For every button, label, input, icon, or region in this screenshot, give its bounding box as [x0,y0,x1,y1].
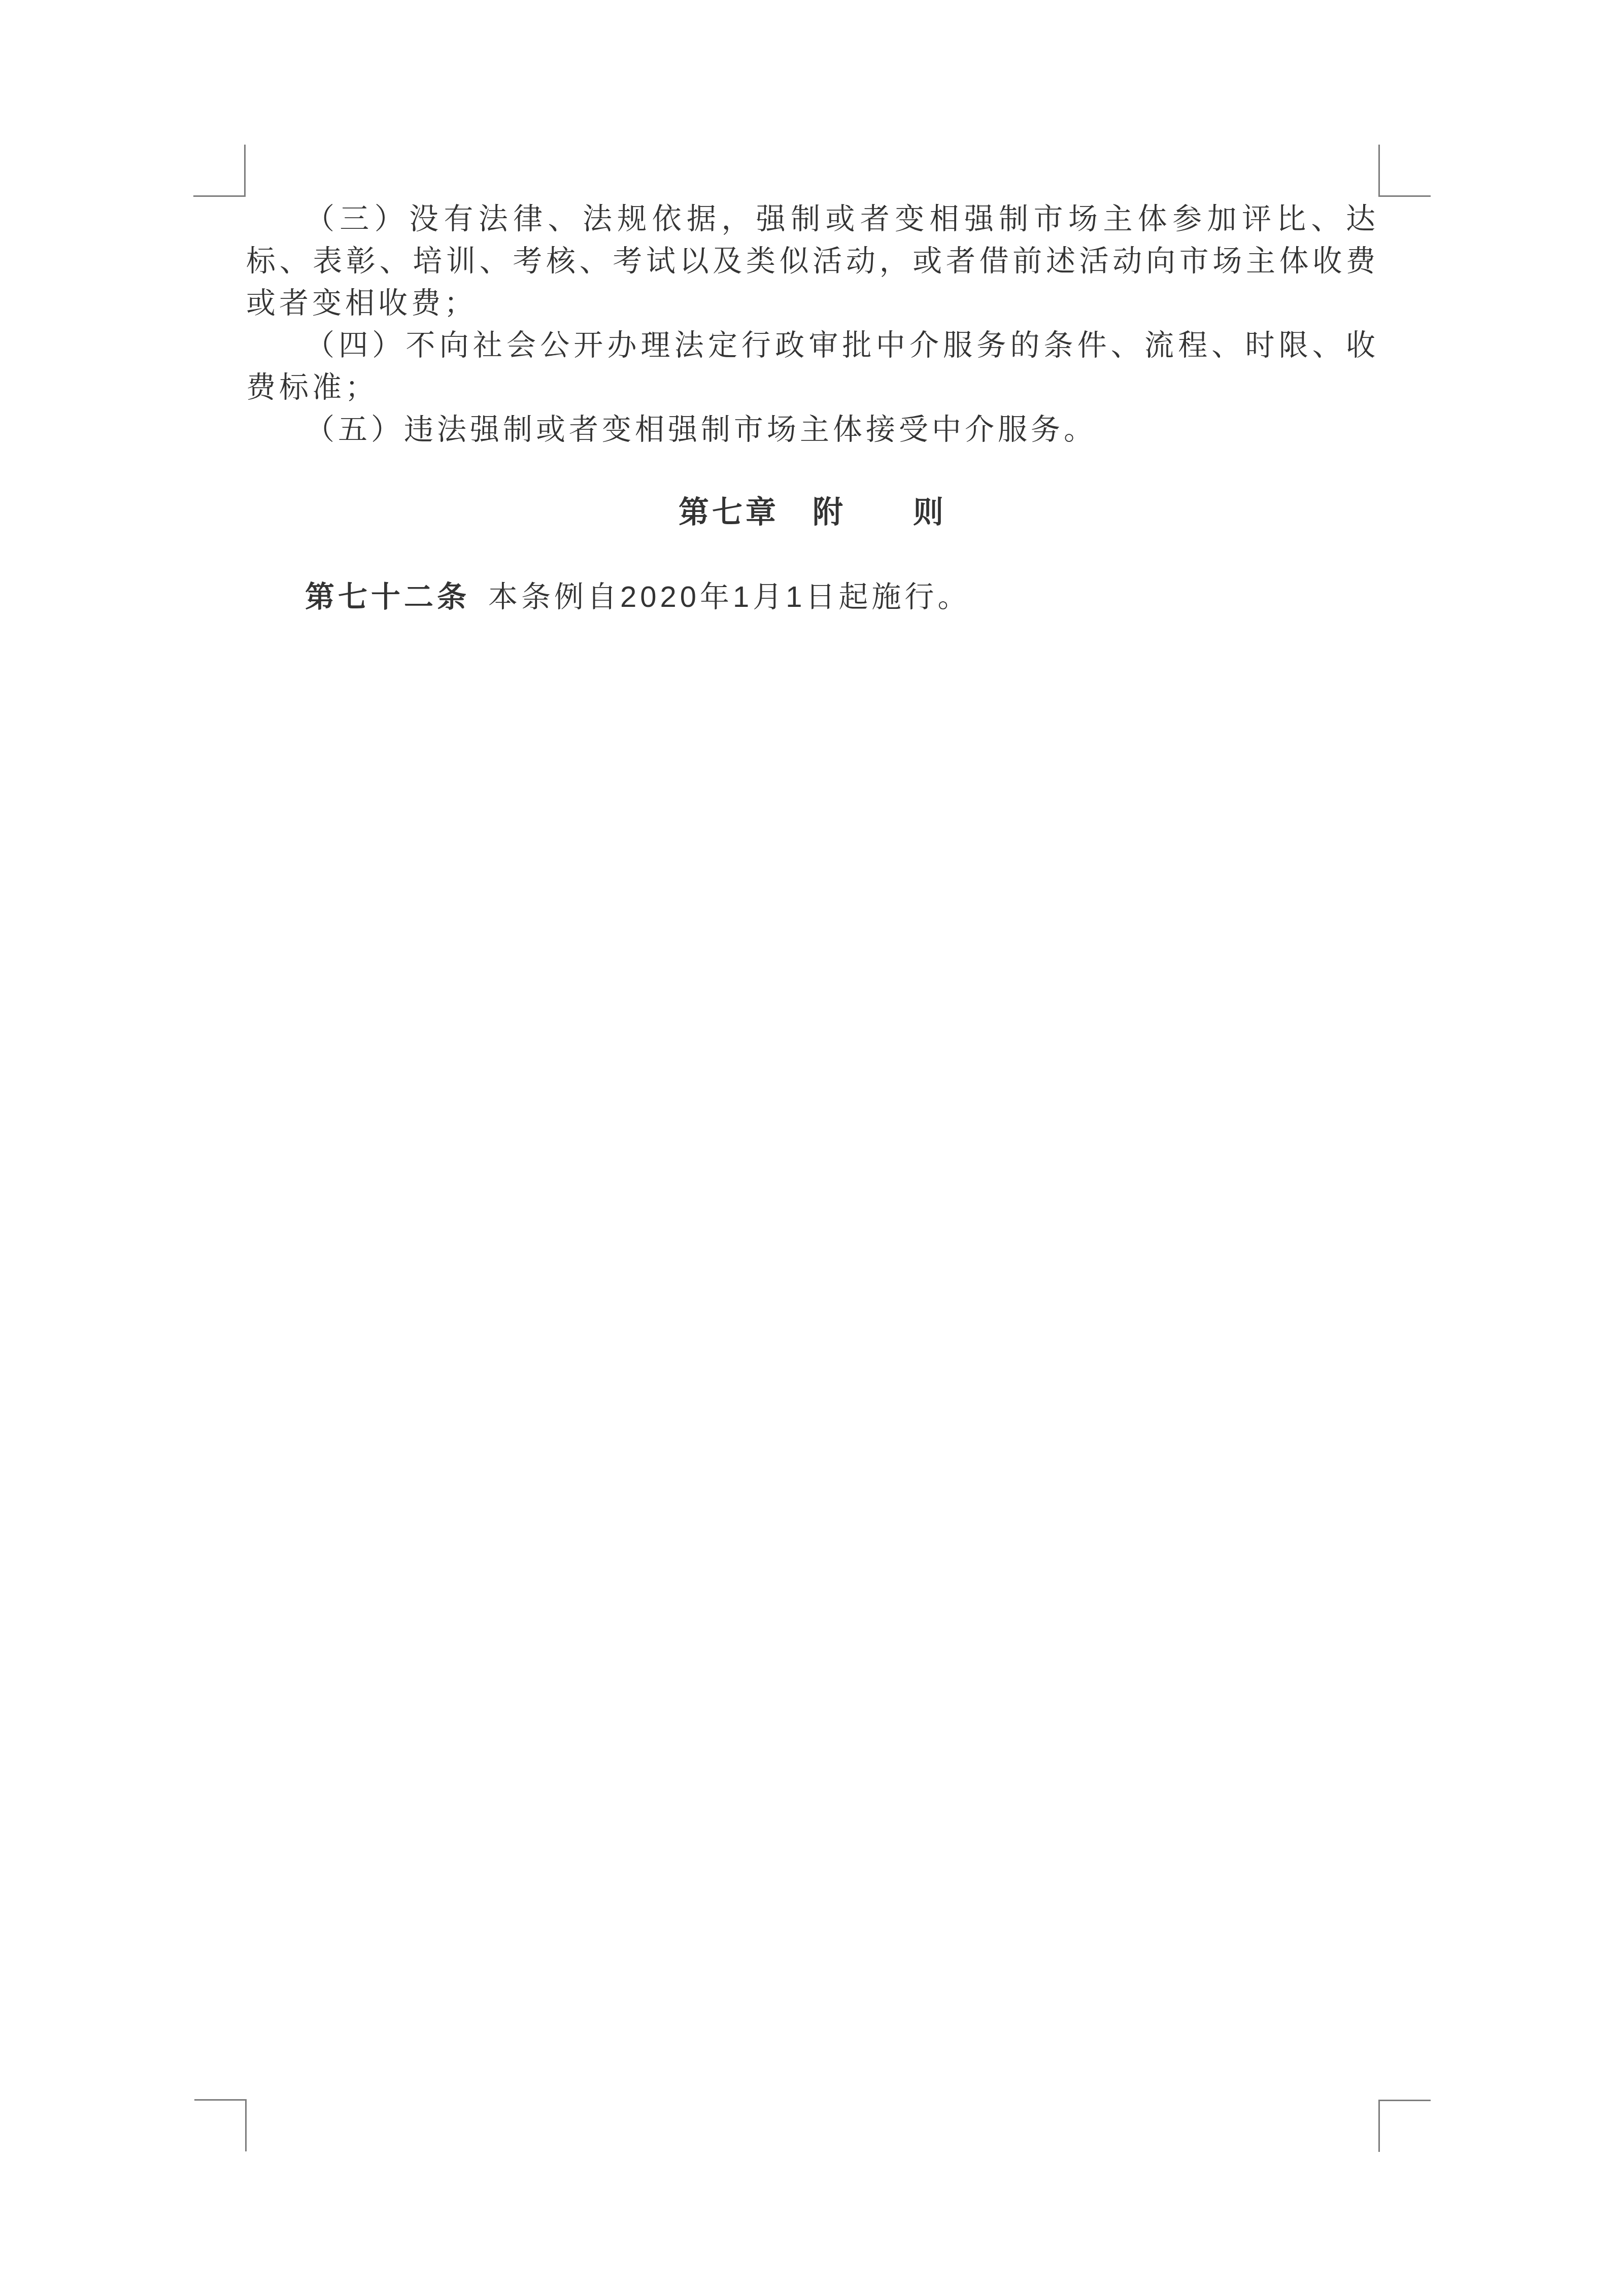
article-clause: 第七十二条本条例自2020年1月1日起施行。 [246,576,1379,618]
paragraph-item-3: （三）没有法律、法规依据，强制或者变相强制市场主体参加评比、达标、表彰、培训、考… [246,198,1379,324]
article-text: 本条例自2020年1月1日起施行。 [488,580,971,613]
chapter-heading: 第七章 附 则 [246,491,1379,533]
crop-mark-bottom-left [194,2099,247,2151]
crop-mark-bottom-right [1378,2100,1431,2152]
paragraph-item-5: （五）违法强制或者变相强制市场主体接受中介服务。 [246,408,1379,451]
document-content: （三）没有法律、法规依据，强制或者变相强制市场主体参加评比、达标、表彰、培训、考… [246,198,1379,618]
article-number-label: 第七十二条 [305,580,470,613]
paragraph-item-4: （四）不向社会公开办理法定行政审批中介服务的条件、流程、时限、收费标准； [246,324,1379,408]
document-page: { "page": { "type": "scanned-legal-docum… [0,0,1624,2296]
crop-mark-top-right [1378,145,1431,197]
crop-mark-top-left [193,145,246,197]
